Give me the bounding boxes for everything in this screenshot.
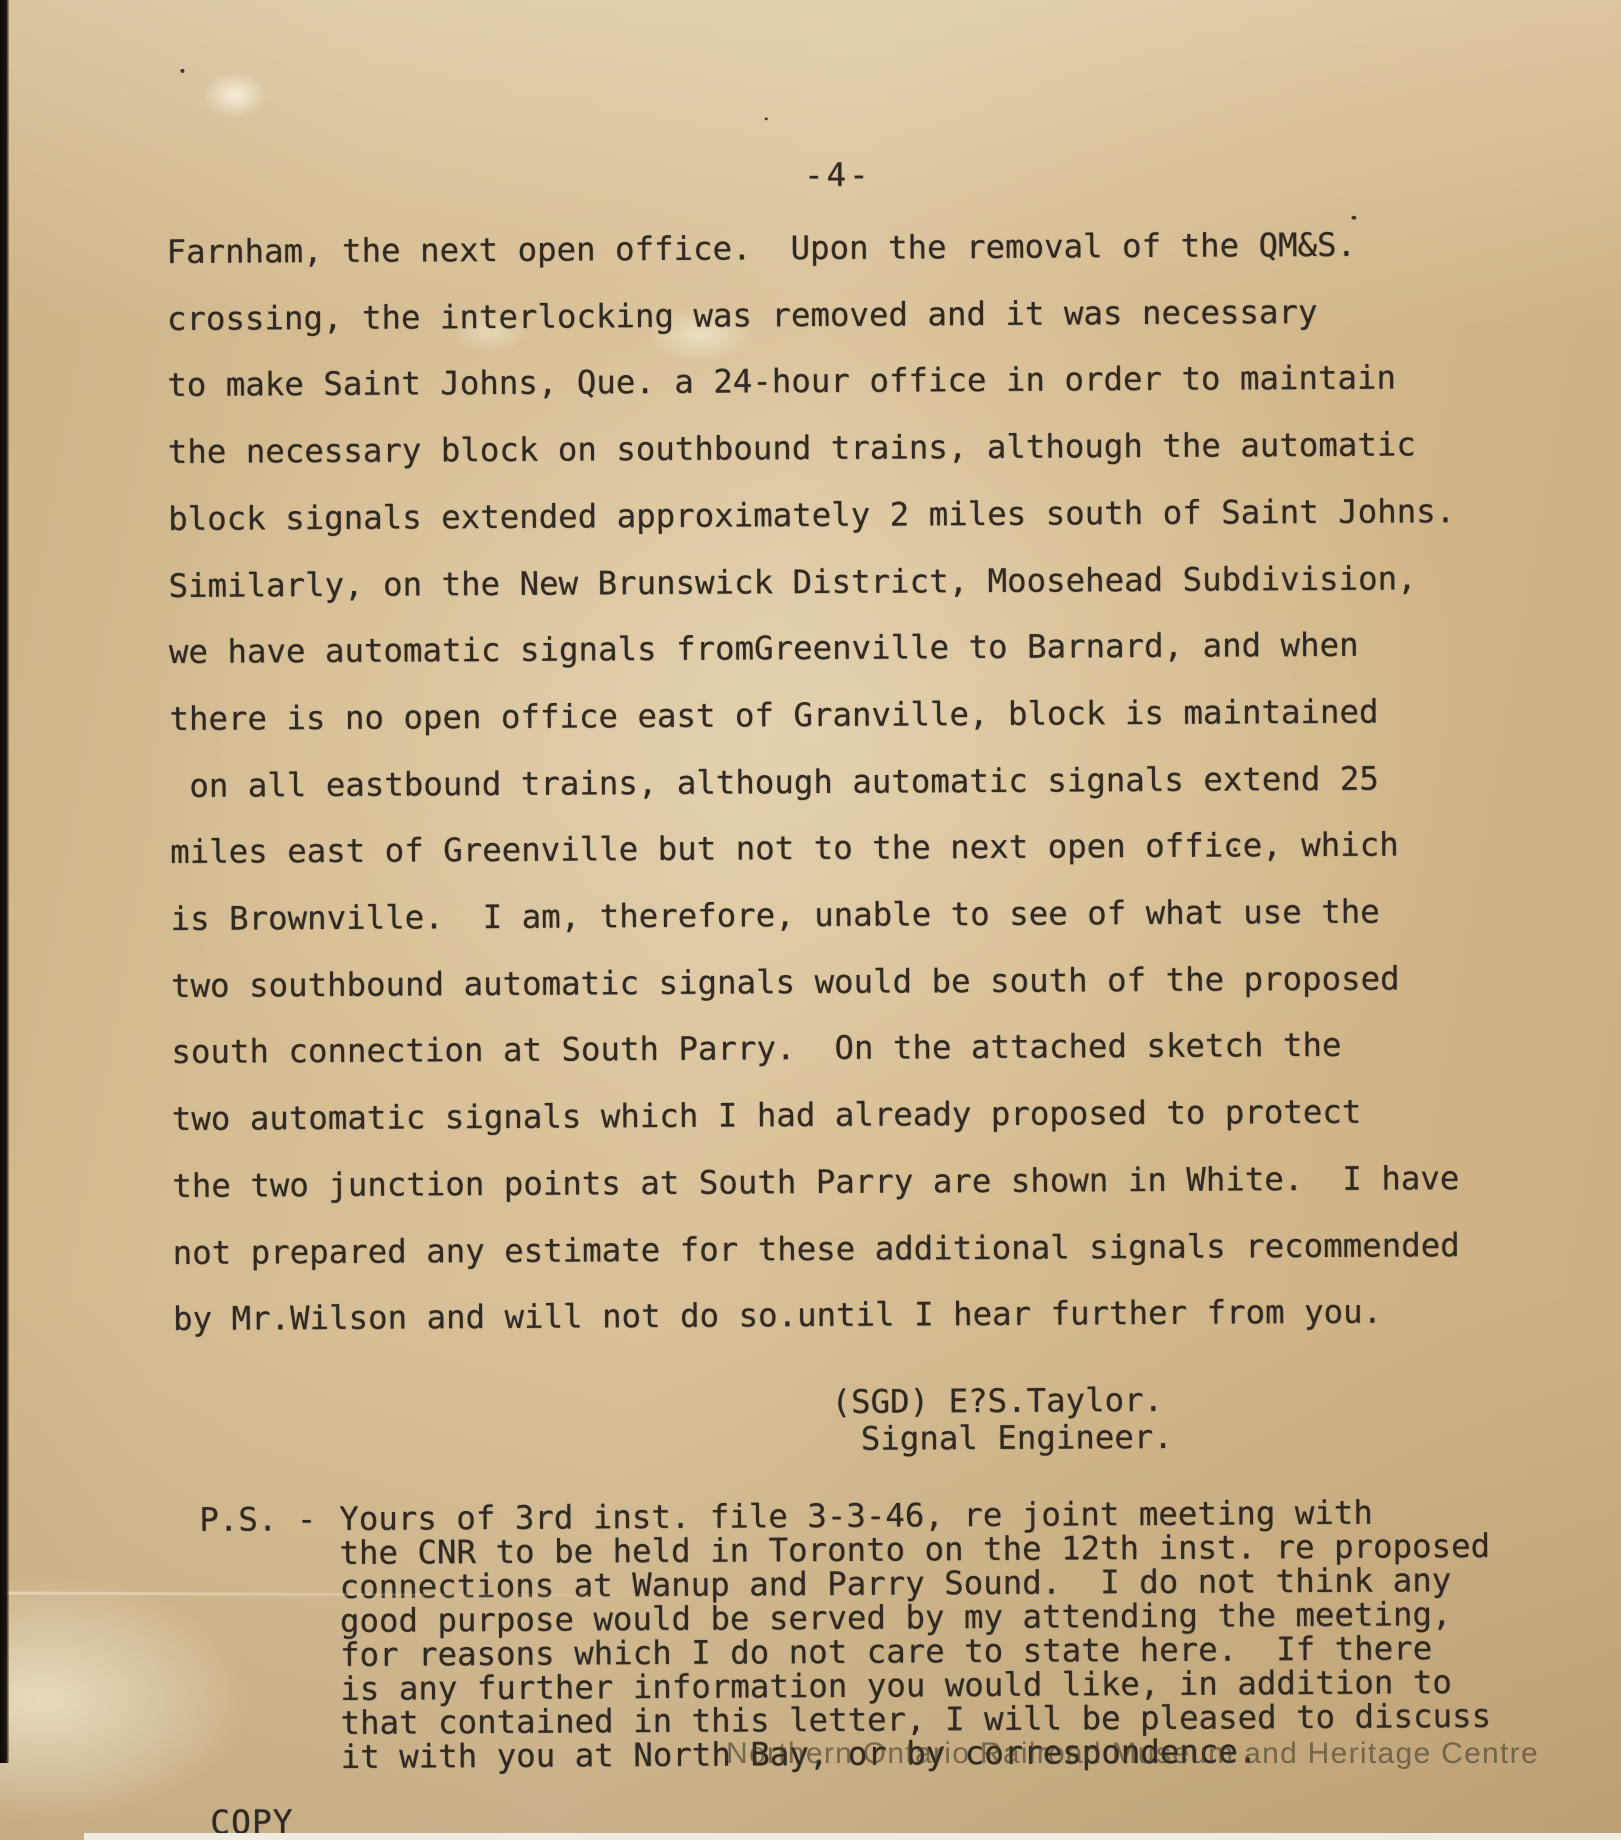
typed-line: Similarly, on the New Brunswick District… bbox=[168, 544, 1588, 619]
typed-line: the two junction points at South Parry a… bbox=[172, 1144, 1592, 1219]
typed-line: not prepared any estimate for these addi… bbox=[172, 1211, 1592, 1286]
typed-line: is Brownville. I am, therefore, unable t… bbox=[170, 877, 1590, 952]
ink-speck bbox=[765, 117, 768, 120]
scan-edge-bottom bbox=[84, 1833, 1621, 1840]
typed-line: crossing, the interlocking was removed a… bbox=[167, 277, 1587, 352]
signature-title: Signal Engineer. bbox=[861, 1418, 1173, 1458]
typed-line: there is no open office east of Granvill… bbox=[169, 677, 1589, 752]
typed-line: two automatic signals which I had alread… bbox=[172, 1077, 1592, 1152]
ink-speck bbox=[1351, 216, 1356, 220]
scanned-letter-page: -4- Farnham, the next open office. Upon … bbox=[0, 0, 1621, 1840]
ink-speck bbox=[180, 69, 184, 73]
museum-watermark: Northern Ontario Railroad Museum and Her… bbox=[726, 1737, 1539, 1771]
typed-line: by Mr.Wilson and will not do so.until I … bbox=[173, 1278, 1593, 1353]
letter-body: Farnham, the next open office. Upon the … bbox=[166, 210, 1593, 1353]
typed-line: south connection at South Parry. On the … bbox=[171, 1011, 1591, 1086]
ink-speck bbox=[1233, 847, 1237, 851]
typed-line: two southbound automatic signals would b… bbox=[171, 944, 1591, 1019]
typed-line: the necessary block on southbound trains… bbox=[168, 410, 1588, 485]
page-number: -4- bbox=[804, 156, 872, 194]
postscript-body: Yours of 3rd inst. file 3-3-46, re joint… bbox=[339, 1494, 1581, 1774]
typed-line: to make Saint Johns, Que. a 24-hour offi… bbox=[167, 344, 1587, 419]
scan-edge-left bbox=[0, 0, 9, 1763]
typewritten-content: -4- Farnham, the next open office. Upon … bbox=[0, 0, 1621, 1840]
typed-line: we have automatic signals fromGreenville… bbox=[169, 611, 1589, 686]
typed-line: block signals extended approximately 2 m… bbox=[168, 477, 1588, 552]
typed-line: miles east of Greenville but not to the … bbox=[170, 811, 1590, 886]
postscript-label: P.S. - bbox=[199, 1502, 316, 1537]
typed-line: on all eastbound trains, although automa… bbox=[170, 744, 1590, 819]
signature-name: (SGD) E?S.Taylor. bbox=[831, 1381, 1163, 1421]
typed-line: Farnham, the next open office. Upon the … bbox=[166, 210, 1586, 285]
